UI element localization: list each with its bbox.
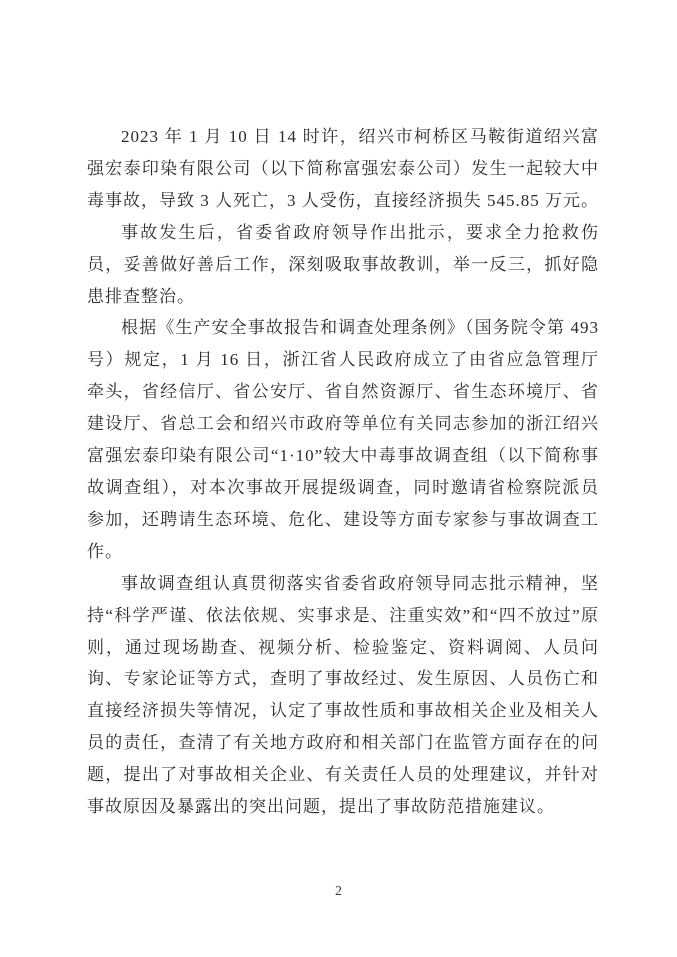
paragraph-investigation-team-formation: 根据《生产安全事故报告和调查处理条例》（国务院令第 493 号）规定，1 月 1… [87, 312, 599, 567]
document-page: 2023 年 1 月 10 日 14 时许，绍兴市柯桥区马鞍街道绍兴富强宏泰印染… [0, 0, 677, 957]
document-body: 2023 年 1 月 10 日 14 时许，绍兴市柯桥区马鞍街道绍兴富强宏泰印染… [87, 121, 599, 823]
paragraph-leadership-instructions: 事故发生后，省委省政府领导作出批示，要求全力抢救伤员，妥善做好善后工作，深刻吸取… [87, 217, 599, 313]
paragraph-accident-summary: 2023 年 1 月 10 日 14 时许，绍兴市柯桥区马鞍街道绍兴富强宏泰印染… [87, 121, 599, 217]
paragraph-investigation-process: 事故调查组认真贯彻落实省委省政府领导同志批示精神，坚持“科学严谨、依法依规、实事… [87, 568, 599, 823]
page-number: 2 [0, 884, 677, 900]
